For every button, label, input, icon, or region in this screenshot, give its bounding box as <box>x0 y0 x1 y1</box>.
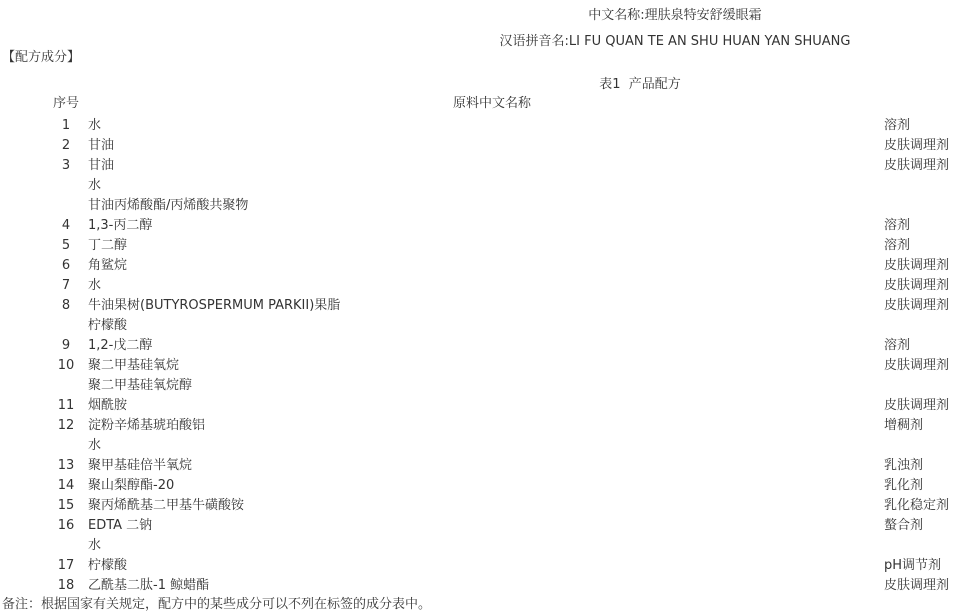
ingredient-function: 乳化剂 <box>884 476 923 496</box>
row-index: 18 <box>40 576 92 596</box>
ingredient-name: 乙酰基二肽-1 鲸蜡酯 <box>88 576 209 596</box>
ingredient-name: 聚二甲基硅氧烷醇 <box>88 376 192 396</box>
column-header-index: 序号 <box>40 94 92 114</box>
row-index: 16 <box>40 516 92 536</box>
row-index: 13 <box>40 456 92 476</box>
table-row: 10聚二甲基硅氧烷皮肤调理剂 <box>0 356 954 376</box>
ingredient-function: 溶剂 <box>884 236 910 256</box>
formula-document-page: 中文名称:理肤泉特安舒缓眼霜 汉语拼音名:LI FU QUAN TE AN SH… <box>0 0 954 615</box>
ingredient-function: 乳浊剂 <box>884 456 923 476</box>
ingredient-function: 溶剂 <box>884 216 910 236</box>
table-row: 3甘油皮肤调理剂 <box>0 156 954 176</box>
ingredient-name: 聚二甲基硅氧烷 <box>88 356 179 376</box>
ingredient-function: pH调节剂 <box>884 556 941 576</box>
row-index: 3 <box>40 156 92 176</box>
ingredient-name: 水 <box>88 116 101 136</box>
row-index: 6 <box>40 256 92 276</box>
row-index: 17 <box>40 556 92 576</box>
table-row: 16EDTA 二钠螯合剂 <box>0 516 954 536</box>
row-index: 15 <box>40 496 92 516</box>
table-row: 15聚丙烯酰基二甲基牛磺酸铵乳化稳定剂 <box>0 496 954 516</box>
ingredient-name: 柠檬酸 <box>88 556 127 576</box>
ingredient-function: 溶剂 <box>884 336 910 356</box>
row-index: 9 <box>40 336 92 356</box>
row-index: 12 <box>40 416 92 436</box>
ingredient-name: 1,3-丙二醇 <box>88 216 152 236</box>
ingredient-function: 皮肤调理剂 <box>884 256 949 276</box>
column-header-ingredient-name: 原料中文名称 <box>88 94 896 114</box>
ingredient-name: 烟酰胺 <box>88 396 127 416</box>
ingredient-function: 皮肤调理剂 <box>884 276 949 296</box>
row-index: 8 <box>40 296 92 316</box>
table-row: 12淀粉辛烯基琥珀酸铝增稠剂 <box>0 416 954 436</box>
ingredient-function: 螯合剂 <box>884 516 923 536</box>
table-caption: 表1 产品配方 <box>0 75 954 95</box>
ingredient-function: 皮肤调理剂 <box>884 356 949 376</box>
table-row: 13聚甲基硅倍半氧烷乳浊剂 <box>0 456 954 476</box>
table-row: 水 <box>0 176 954 196</box>
ingredient-name: 水 <box>88 536 101 556</box>
ingredient-function: 溶剂 <box>884 116 910 136</box>
table-row: 水 <box>0 436 954 456</box>
product-pinyin-name: 汉语拼音名:LI FU QUAN TE AN SHU HUAN YAN SHUA… <box>0 32 954 52</box>
ingredient-function: 增稠剂 <box>884 416 923 436</box>
ingredient-function: 皮肤调理剂 <box>884 576 949 596</box>
table-row: 6角鲨烷皮肤调理剂 <box>0 256 954 276</box>
row-index: 4 <box>40 216 92 236</box>
table-row: 14聚山梨醇酯-20乳化剂 <box>0 476 954 496</box>
ingredient-name: 淀粉辛烯基琥珀酸铝 <box>88 416 205 436</box>
ingredient-name: 1,2-戊二醇 <box>88 336 152 356</box>
ingredient-function: 乳化稳定剂 <box>884 496 949 516</box>
footnote-remark: 备注：根据国家有关规定，配方中的某些成分可以不列在标签的成分表中。 <box>2 595 431 615</box>
table-row: 甘油丙烯酸酯/丙烯酸共聚物 <box>0 196 954 216</box>
row-index: 5 <box>40 236 92 256</box>
table-row: 1水溶剂 <box>0 116 954 136</box>
table-row: 8牛油果树(BUTYROSPERMUM PARKII)果脂皮肤调理剂 <box>0 296 954 316</box>
ingredient-name: 甘油丙烯酸酯/丙烯酸共聚物 <box>88 196 248 216</box>
table-row: 聚二甲基硅氧烷醇 <box>0 376 954 396</box>
ingredient-name: 聚山梨醇酯-20 <box>88 476 174 496</box>
ingredient-name: EDTA 二钠 <box>88 516 152 536</box>
ingredient-name: 柠檬酸 <box>88 316 127 336</box>
table-row: 17柠檬酸pH调节剂 <box>0 556 954 576</box>
table-row: 5丁二醇溶剂 <box>0 236 954 256</box>
product-chinese-name: 中文名称:理肤泉特安舒缓眼霜 <box>0 6 954 26</box>
row-index: 1 <box>40 116 92 136</box>
table-row: 18乙酰基二肽-1 鲸蜡酯皮肤调理剂 <box>0 576 954 596</box>
row-index: 7 <box>40 276 92 296</box>
table-row: 7水皮肤调理剂 <box>0 276 954 296</box>
table-row: 41,3-丙二醇溶剂 <box>0 216 954 236</box>
ingredient-name: 甘油 <box>88 136 114 156</box>
row-index: 10 <box>40 356 92 376</box>
row-index: 14 <box>40 476 92 496</box>
table-row: 柠檬酸 <box>0 316 954 336</box>
ingredient-name: 甘油 <box>88 156 114 176</box>
table-row: 2甘油皮肤调理剂 <box>0 136 954 156</box>
ingredient-function: 皮肤调理剂 <box>884 296 949 316</box>
ingredient-name: 聚丙烯酰基二甲基牛磺酸铵 <box>88 496 244 516</box>
ingredient-function: 皮肤调理剂 <box>884 136 949 156</box>
ingredient-name: 水 <box>88 176 101 196</box>
ingredient-function: 皮肤调理剂 <box>884 156 949 176</box>
table-row: 11烟酰胺皮肤调理剂 <box>0 396 954 416</box>
section-title-formula-ingredients: 【配方成分】 <box>2 48 80 68</box>
ingredient-name: 牛油果树(BUTYROSPERMUM PARKII)果脂 <box>88 296 340 316</box>
table-row: 91,2-戊二醇溶剂 <box>0 336 954 356</box>
ingredient-function: 皮肤调理剂 <box>884 396 949 416</box>
row-index: 11 <box>40 396 92 416</box>
table-row: 水 <box>0 536 954 556</box>
ingredient-name: 聚甲基硅倍半氧烷 <box>88 456 192 476</box>
row-index: 2 <box>40 136 92 156</box>
ingredient-name: 水 <box>88 276 101 296</box>
ingredient-name: 水 <box>88 436 101 456</box>
ingredient-name: 丁二醇 <box>88 236 127 256</box>
ingredient-name: 角鲨烷 <box>88 256 127 276</box>
